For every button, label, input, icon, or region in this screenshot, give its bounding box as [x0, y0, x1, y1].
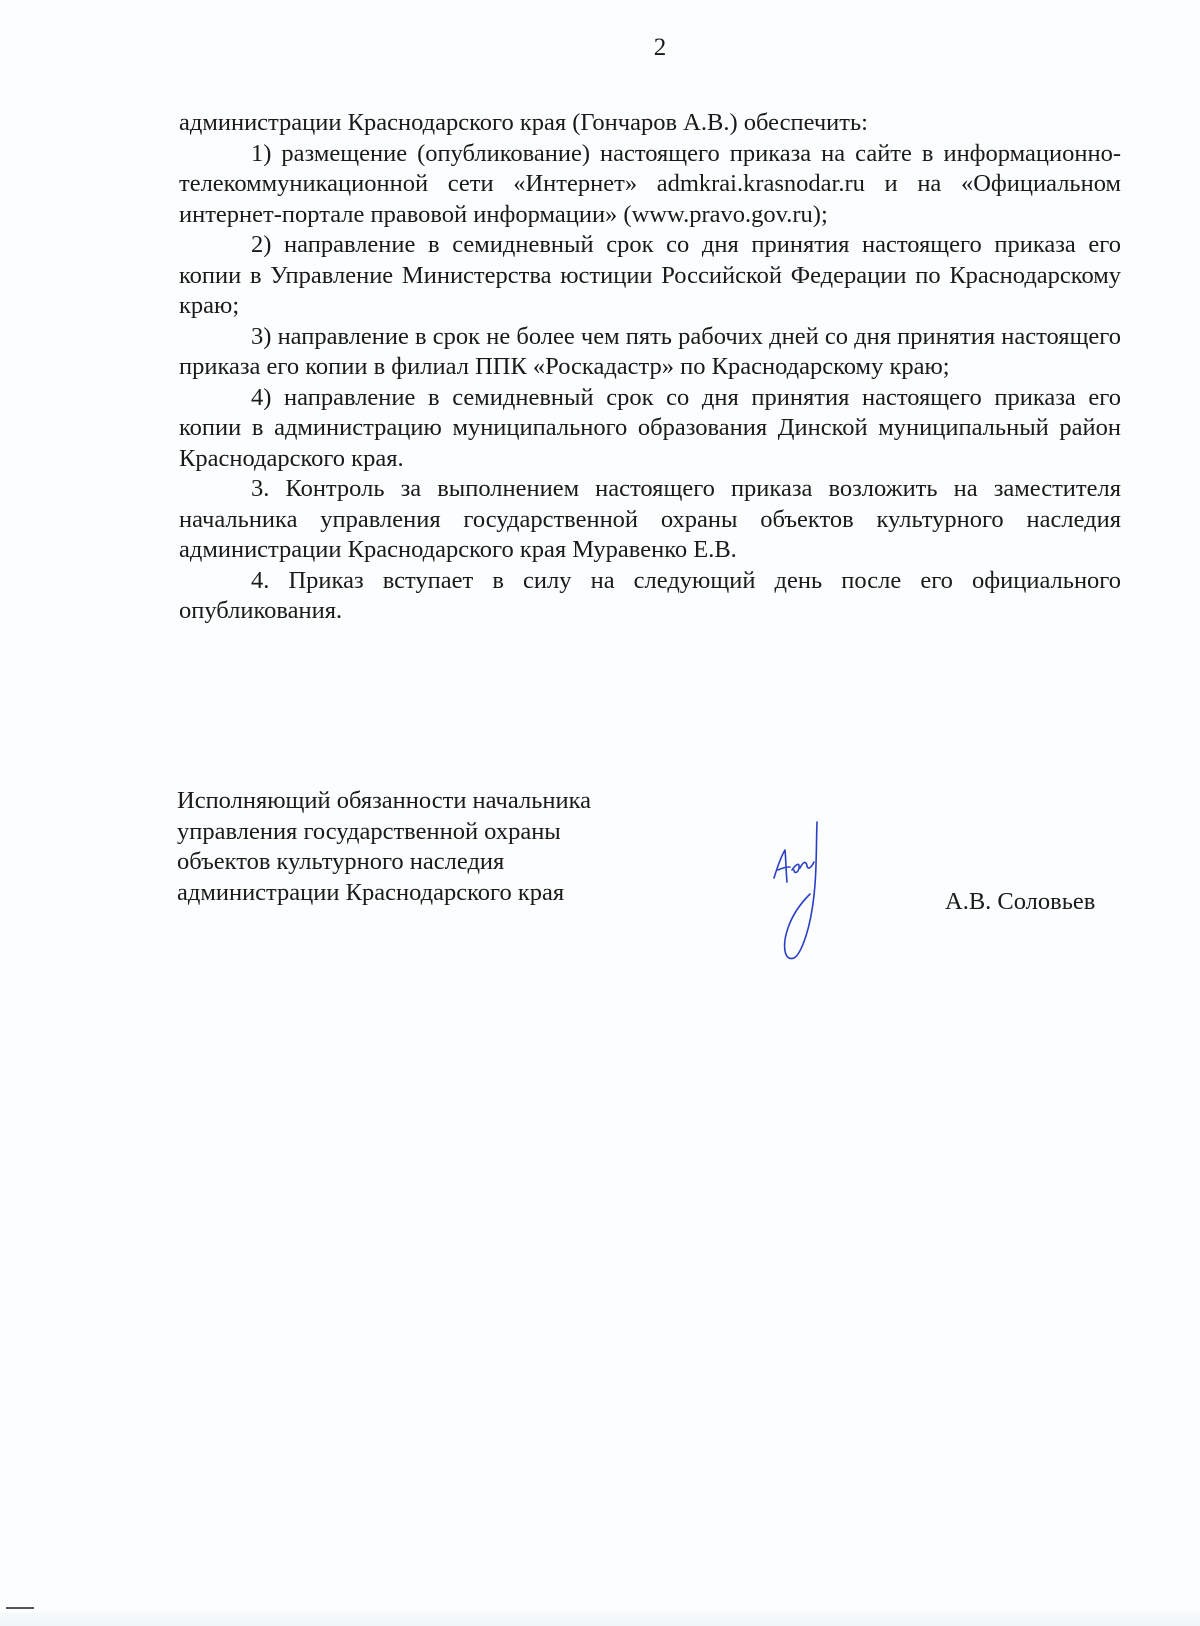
signer-position-line: управления государственной охраны	[177, 817, 591, 848]
paragraph-control: 3. Контроль за выполнением настоящего пр…	[179, 474, 1121, 566]
paragraph-effective: 4. Приказ вступает в силу на следующий д…	[179, 566, 1121, 627]
paragraph-item-2: 2) направление в семидневный срок со дня…	[179, 230, 1121, 322]
signer-position-line: администрации Краснодарского края	[177, 878, 591, 909]
paragraph-item-4: 4) направление в семидневный срок со дня…	[179, 383, 1121, 475]
signer-name: А.В. Соловьев	[945, 888, 1095, 916]
document-body: администрации Краснодарского края (Гонча…	[179, 108, 1121, 627]
scan-mark	[6, 1607, 34, 1609]
signer-position-line: объектов культурного наследия	[177, 847, 591, 878]
paragraph-item-1: 1) размещение (опубликование) настоящего…	[179, 139, 1121, 231]
signer-position-line: Исполняющий обязанности начальника	[177, 786, 591, 817]
paragraph-item-3: 3) направление в срок не более чем пять …	[179, 322, 1121, 383]
page-number: 2	[0, 34, 1200, 62]
signer-position: Исполняющий обязанности начальника управ…	[177, 786, 591, 908]
handwritten-signature	[770, 820, 850, 970]
paragraph-intro: администрации Краснодарского края (Гонча…	[179, 108, 1121, 139]
scan-bottom-edge	[0, 1612, 1200, 1626]
